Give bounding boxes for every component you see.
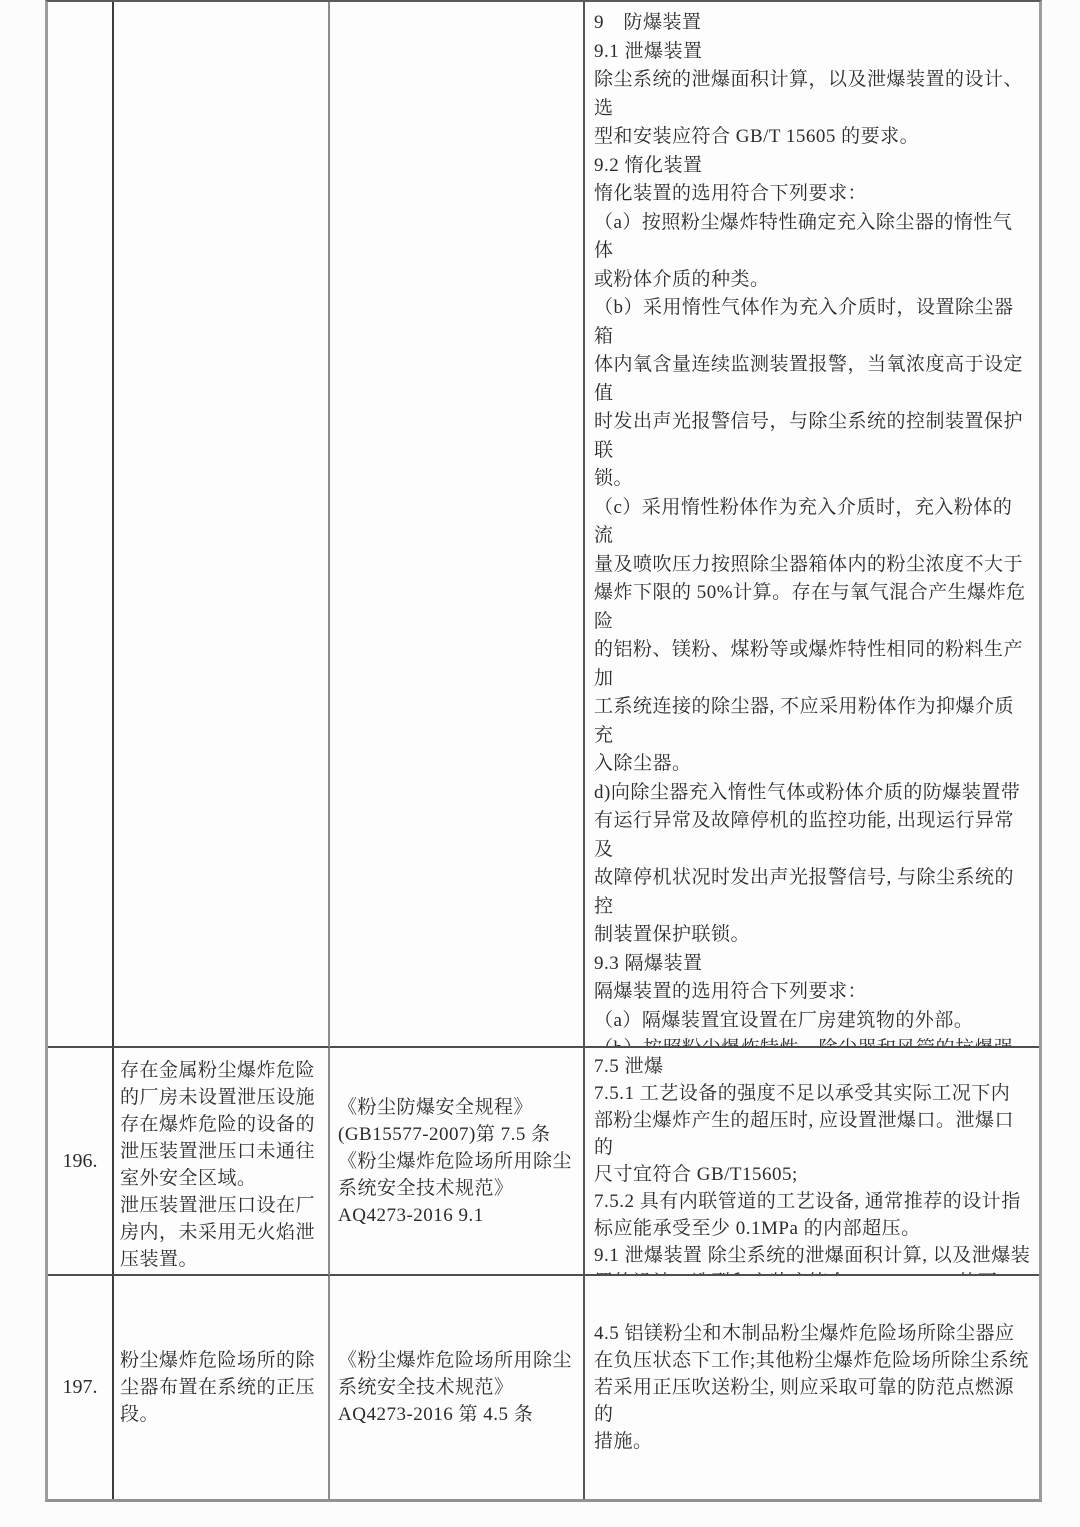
hazard-description-cell: 存在金属粉尘爆炸危险 的厂房未设置泄压设施 存在爆炸危险的设备的 泄压装置泄压口…: [114, 1048, 330, 1276]
standard-reference-cell: 《粉尘爆炸危险场所用除尘 系统安全技术规范》 AQ4273-2016 第 4.5…: [330, 1276, 585, 1499]
requirement-text: 9 防爆装置 9.1 泄爆装置 除尘系统的泄爆面积计算，以及泄爆装置的设计、选 …: [594, 9, 1031, 1048]
hazard-description-text: 存在金属粉尘爆炸危险 的厂房未设置泄压设施 存在爆炸危险的设备的 泄压装置泄压口…: [120, 1057, 323, 1273]
continuation-reference-cell: [330, 2, 585, 1048]
hazard-audit-table: 9 防爆装置 9.1 泄爆装置 除尘系统的泄爆面积计算，以及泄爆装置的设计、选 …: [45, 0, 1042, 1502]
requirement-text: 4.5 铝镁粉尘和木制品粉尘爆炸危险场所除尘器应 在负压状态下工作;其他粉尘爆炸…: [594, 1320, 1031, 1455]
item-number: 196.: [63, 1148, 98, 1175]
requirement-cell: 4.5 铝镁粉尘和木制品粉尘爆炸危险场所除尘器应 在负压状态下工作;其他粉尘爆炸…: [585, 1276, 1039, 1499]
requirement-text: 7.5 泄爆 7.5.1 工艺设备的强度不足以承受其实际工况下内 部粉尘爆炸产生…: [594, 1053, 1031, 1276]
item-number-cell: 197.: [48, 1276, 114, 1499]
continuation-number-cell: [48, 2, 114, 1048]
standard-reference-cell: 《粉尘防爆安全规程》 (GB15577-2007)第 7.5 条 《粉尘爆炸危险…: [330, 1048, 585, 1276]
hazard-description-text: 粉尘爆炸危险场所的除 尘器布置在系统的正压 段。: [120, 1347, 315, 1428]
standard-reference-text: 《粉尘防爆安全规程》 (GB15577-2007)第 7.5 条 《粉尘爆炸危险…: [338, 1094, 572, 1229]
scanned-document-page: 9 防爆装置 9.1 泄爆装置 除尘系统的泄爆面积计算，以及泄爆装置的设计、选 …: [0, 0, 1080, 1527]
continuation-requirement-cell: 9 防爆装置 9.1 泄爆装置 除尘系统的泄爆面积计算，以及泄爆装置的设计、选 …: [585, 2, 1039, 1048]
standard-reference-text: 《粉尘爆炸危险场所用除尘 系统安全技术规范》 AQ4273-2016 第 4.5…: [338, 1347, 572, 1428]
hazard-description-cell: 粉尘爆炸危险场所的除 尘器布置在系统的正压 段。: [114, 1276, 330, 1499]
item-number: 197.: [63, 1374, 98, 1401]
item-number-cell: 196.: [48, 1048, 114, 1276]
requirement-cell: 7.5 泄爆 7.5.1 工艺设备的强度不足以承受其实际工况下内 部粉尘爆炸产生…: [585, 1048, 1039, 1276]
continuation-description-cell: [114, 2, 330, 1048]
